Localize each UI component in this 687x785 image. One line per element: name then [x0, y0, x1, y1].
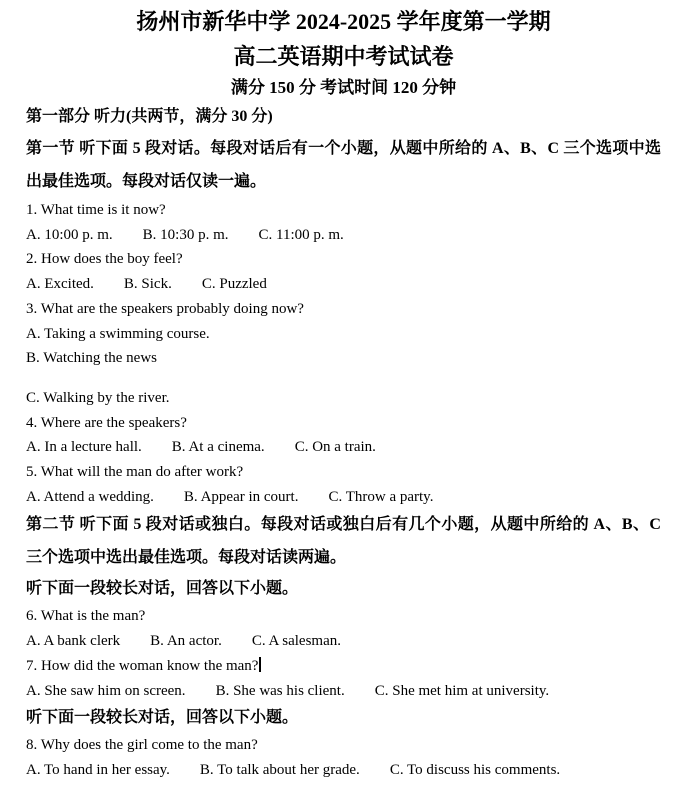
option-a: A. Attend a wedding.	[26, 485, 154, 510]
question-7-options: A. She saw him on screen. B. She was his…	[26, 679, 661, 704]
option-b: B. At a cinema.	[172, 435, 265, 460]
text-cursor	[259, 657, 261, 672]
option-b: B. Appear in court.	[184, 485, 299, 510]
option-b: B. To talk about her grade.	[200, 758, 360, 783]
document-page[interactable]: 扬州市新华中学 2024-2025 学年度第一学期 高二英语期中考试试卷 满分 …	[0, 0, 687, 785]
exam-title: 扬州市新华中学 2024-2025 学年度第一学期	[26, 8, 661, 35]
option-a: A. In a lecture hall.	[26, 435, 142, 460]
question-3: 3. What are the speakers probably doing …	[26, 297, 661, 322]
question-4: 4. Where are the speakers?	[26, 411, 661, 436]
part1-heading: 第一部分 听力(共两节，满分 30 分)	[26, 101, 661, 133]
option-c: C. 11:00 p. m.	[259, 223, 344, 248]
dialog2-prompt: 听下面一段较长对话，回答以下小题。	[26, 703, 661, 733]
question-6-options: A. A bank clerk B. An actor. C. A salesm…	[26, 629, 661, 654]
question-1: 1. What time is it now?	[26, 198, 661, 223]
option-a: A. A bank clerk	[26, 629, 120, 654]
option-a: A. Excited.	[26, 272, 94, 297]
question-7-text: 7. How did the woman know the man?	[26, 658, 258, 674]
option-b: B. 10:30 p. m.	[143, 223, 229, 248]
question-3-option-c: C. Walking by the river.	[26, 386, 661, 411]
option-c: C. Throw a party.	[328, 485, 433, 510]
blank-line	[26, 371, 661, 386]
question-3-option-b: B. Watching the news	[26, 346, 661, 371]
question-3-option-a: A. Taking a swimming course.	[26, 322, 661, 347]
option-b: B. Sick.	[124, 272, 172, 297]
question-5-options: A. Attend a wedding. B. Appear in court.…	[26, 485, 661, 510]
option-c: C. To discuss his comments.	[390, 758, 560, 783]
exam-subtitle: 高二英语期中考试试卷	[26, 43, 661, 70]
question-6: 6. What is the man?	[26, 604, 661, 629]
question-2-options: A. Excited. B. Sick. C. Puzzled	[26, 272, 661, 297]
option-a: A. 10:00 p. m.	[26, 223, 113, 248]
question-2: 2. How does the boy feel?	[26, 247, 661, 272]
option-b: B. An actor.	[150, 629, 222, 654]
exam-score-info: 满分 150 分 考试时间 120 分钟	[26, 77, 661, 99]
option-b: B. She was his client.	[216, 679, 345, 704]
question-4-options: A. In a lecture hall. B. At a cinema. C.…	[26, 435, 661, 460]
question-8-options: A. To hand in her essay. B. To talk abou…	[26, 758, 661, 783]
option-c: C. She met him at university.	[375, 679, 549, 704]
question-5: 5. What will the man do after work?	[26, 460, 661, 485]
question-1-options: A. 10:00 p. m. B. 10:30 p. m. C. 11:00 p…	[26, 223, 661, 248]
option-a: A. She saw him on screen.	[26, 679, 186, 704]
section2-instructions: 第二节 听下面 5 段对话或独白。每段对话或独白后有几个小题，从题中所给的 A、…	[26, 509, 661, 574]
section1-instructions: 第一节 听下面 5 段对话。每段对话后有一个小题，从题中所给的 A、B、C 三个…	[26, 133, 661, 198]
question-7: 7. How did the woman know the man?	[26, 654, 661, 679]
dialog1-prompt: 听下面一段较长对话，回答以下小题。	[26, 574, 661, 604]
option-c: C. A salesman.	[252, 629, 341, 654]
option-c: C. Puzzled	[202, 272, 267, 297]
option-c: C. On a train.	[295, 435, 376, 460]
question-8: 8. Why does the girl come to the man?	[26, 733, 661, 758]
option-a: A. To hand in her essay.	[26, 758, 170, 783]
